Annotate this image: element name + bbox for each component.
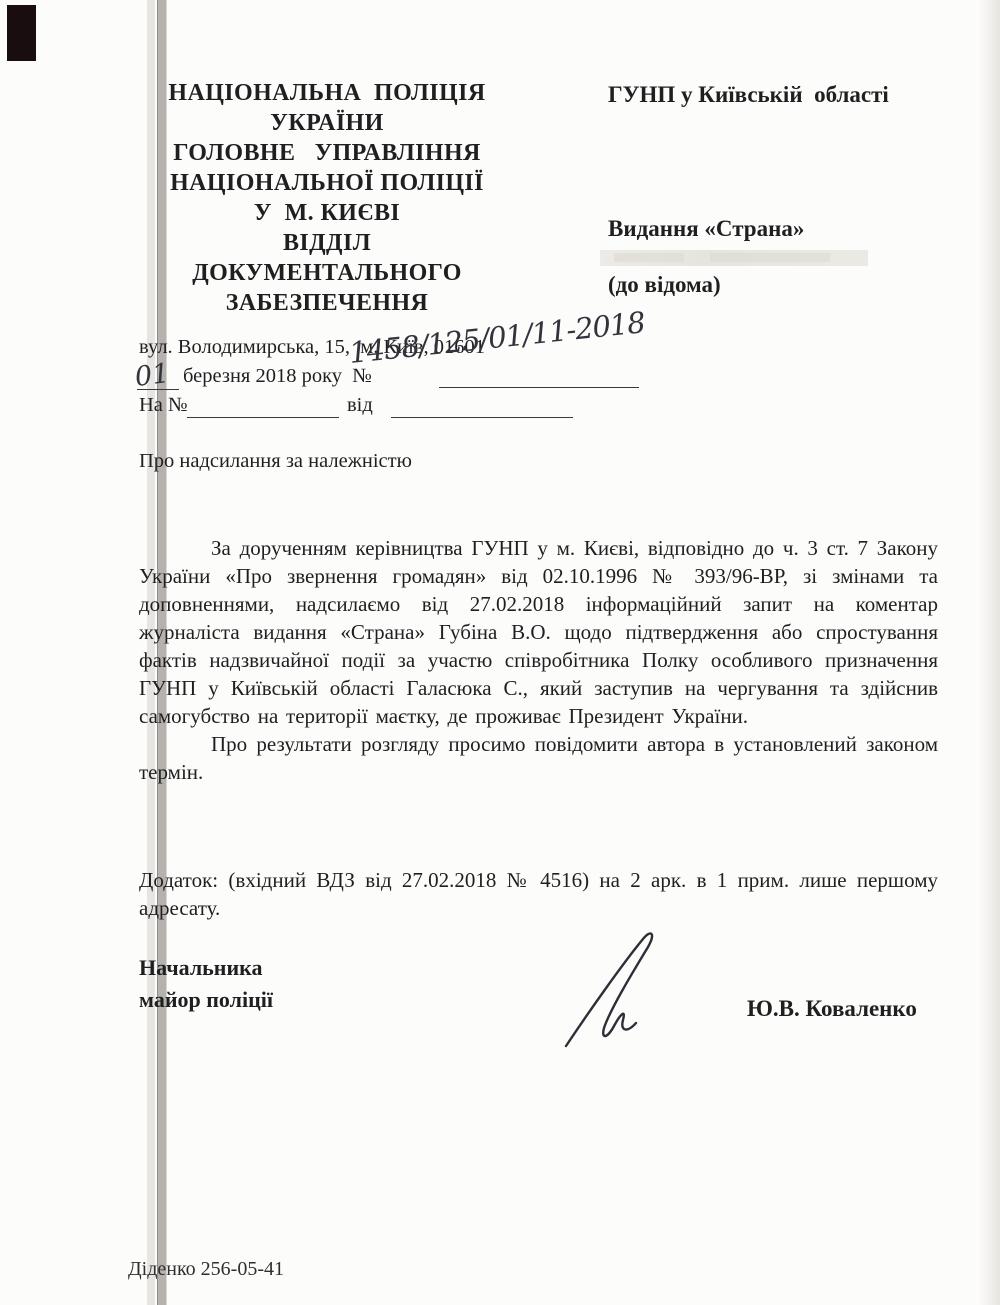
- redacted-text-strip: [600, 250, 868, 266]
- redaction-smudge: [710, 253, 830, 262]
- recipient-org: ГУНП у Київській області: [608, 82, 889, 108]
- signer-name: Ю.В. Коваленко: [747, 996, 917, 1022]
- org-name-line: У М. КИЄВІ: [138, 198, 516, 228]
- date-line: березня 2018 року №: [183, 365, 372, 388]
- org-name-line: НАЦІОНАЛЬНОЇ ПОЛІЦІЇ: [138, 168, 516, 198]
- org-name-line: НАЦІОНАЛЬНА ПОЛІЦІЯ: [138, 78, 516, 108]
- blank-line: [137, 388, 179, 390]
- blank-line: [391, 416, 573, 418]
- org-name-line: ЗАБЕЗПЕЧЕННЯ: [138, 288, 516, 318]
- org-name-line: ДОКУМЕНТАЛЬНОГО: [138, 258, 516, 288]
- letter-body: За дорученням керівництва ГУНП у м. Києв…: [139, 534, 938, 786]
- reply-to-date-label: від: [347, 394, 373, 417]
- org-name-line: ВІДДІЛ: [138, 228, 516, 258]
- subject-line: Про надсилання за належністю: [139, 450, 412, 473]
- blank-line: [187, 416, 339, 418]
- body-paragraph: Про результати розгляду просимо повідоми…: [139, 730, 938, 786]
- recipient-note: (до відома): [608, 272, 721, 298]
- signer-position: Начальника майор поліції: [139, 952, 273, 1016]
- signer-position-line: майор поліції: [139, 984, 273, 1016]
- attachment-text: Додаток: (вхідний ВДЗ від 27.02.2018 № 4…: [139, 866, 938, 922]
- reply-to-number-label: На №: [139, 394, 188, 417]
- blank-line: [439, 386, 639, 388]
- redaction-smudge: [614, 253, 684, 262]
- signer-position-line: Начальника: [139, 952, 273, 984]
- scanned-letter-page: НАЦІОНАЛЬНА ПОЛІЦІЯ УКРАЇНИ ГОЛОВНЕ УПРА…: [0, 0, 1000, 1305]
- handwritten-signature: [548, 928, 678, 1050]
- org-name-line: ГОЛОВНЕ УПРАВЛІННЯ: [138, 138, 516, 168]
- org-name-line: УКРАЇНИ: [138, 108, 516, 138]
- recipient-publication: Видання «Страна»: [608, 216, 804, 242]
- scan-corner-mark: [7, 5, 36, 61]
- body-paragraph: За дорученням керівництва ГУНП у м. Києв…: [139, 534, 938, 730]
- attachment-note: Додаток: (вхідний ВДЗ від 27.02.2018 № 4…: [139, 866, 938, 922]
- scan-edge-shadow: [978, 0, 1000, 1305]
- letterhead-org-block: НАЦІОНАЛЬНА ПОЛІЦІЯ УКРАЇНИ ГОЛОВНЕ УПРА…: [138, 78, 516, 318]
- executor-contact: Діденко 256-05-41: [128, 1258, 284, 1281]
